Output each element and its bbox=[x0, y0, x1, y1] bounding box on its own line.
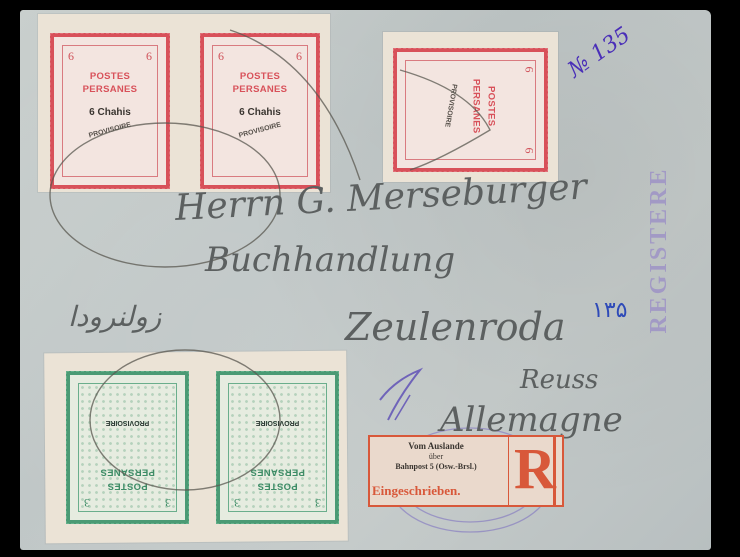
address-line-4: Reuss bbox=[520, 365, 598, 395]
red-stamp-3: 6 6 POSTES PERSANES PROVISOIRE bbox=[393, 48, 548, 172]
address-line-2: Buchhandlung bbox=[205, 240, 455, 280]
address-line-3: Zeulenroda bbox=[345, 305, 566, 349]
green-stamp-2: 3 3 POSTES PERSANES PROVISOIRE bbox=[216, 371, 339, 524]
registere-cachet: REGISTERE bbox=[648, 50, 678, 250]
red-stamp-1: 6 6 POSTES PERSANES 6 Chahis PROVISOIRE bbox=[50, 33, 170, 189]
address-line-5: Allemagne bbox=[440, 400, 623, 440]
persian-note: زولنرودا bbox=[68, 300, 161, 333]
green-stamp-1: 3 3 POSTES PERSANES PROVISOIRE bbox=[66, 371, 189, 524]
blue-persian-note: ۱۳۵ bbox=[592, 298, 627, 323]
registration-label: Vom Auslande über Bahnpost 5 (Osw.-Brsl.… bbox=[368, 435, 564, 507]
red-stamp-2: 6 6 POSTES PERSANES 6 Chahis PROVISOIRE bbox=[200, 33, 320, 189]
